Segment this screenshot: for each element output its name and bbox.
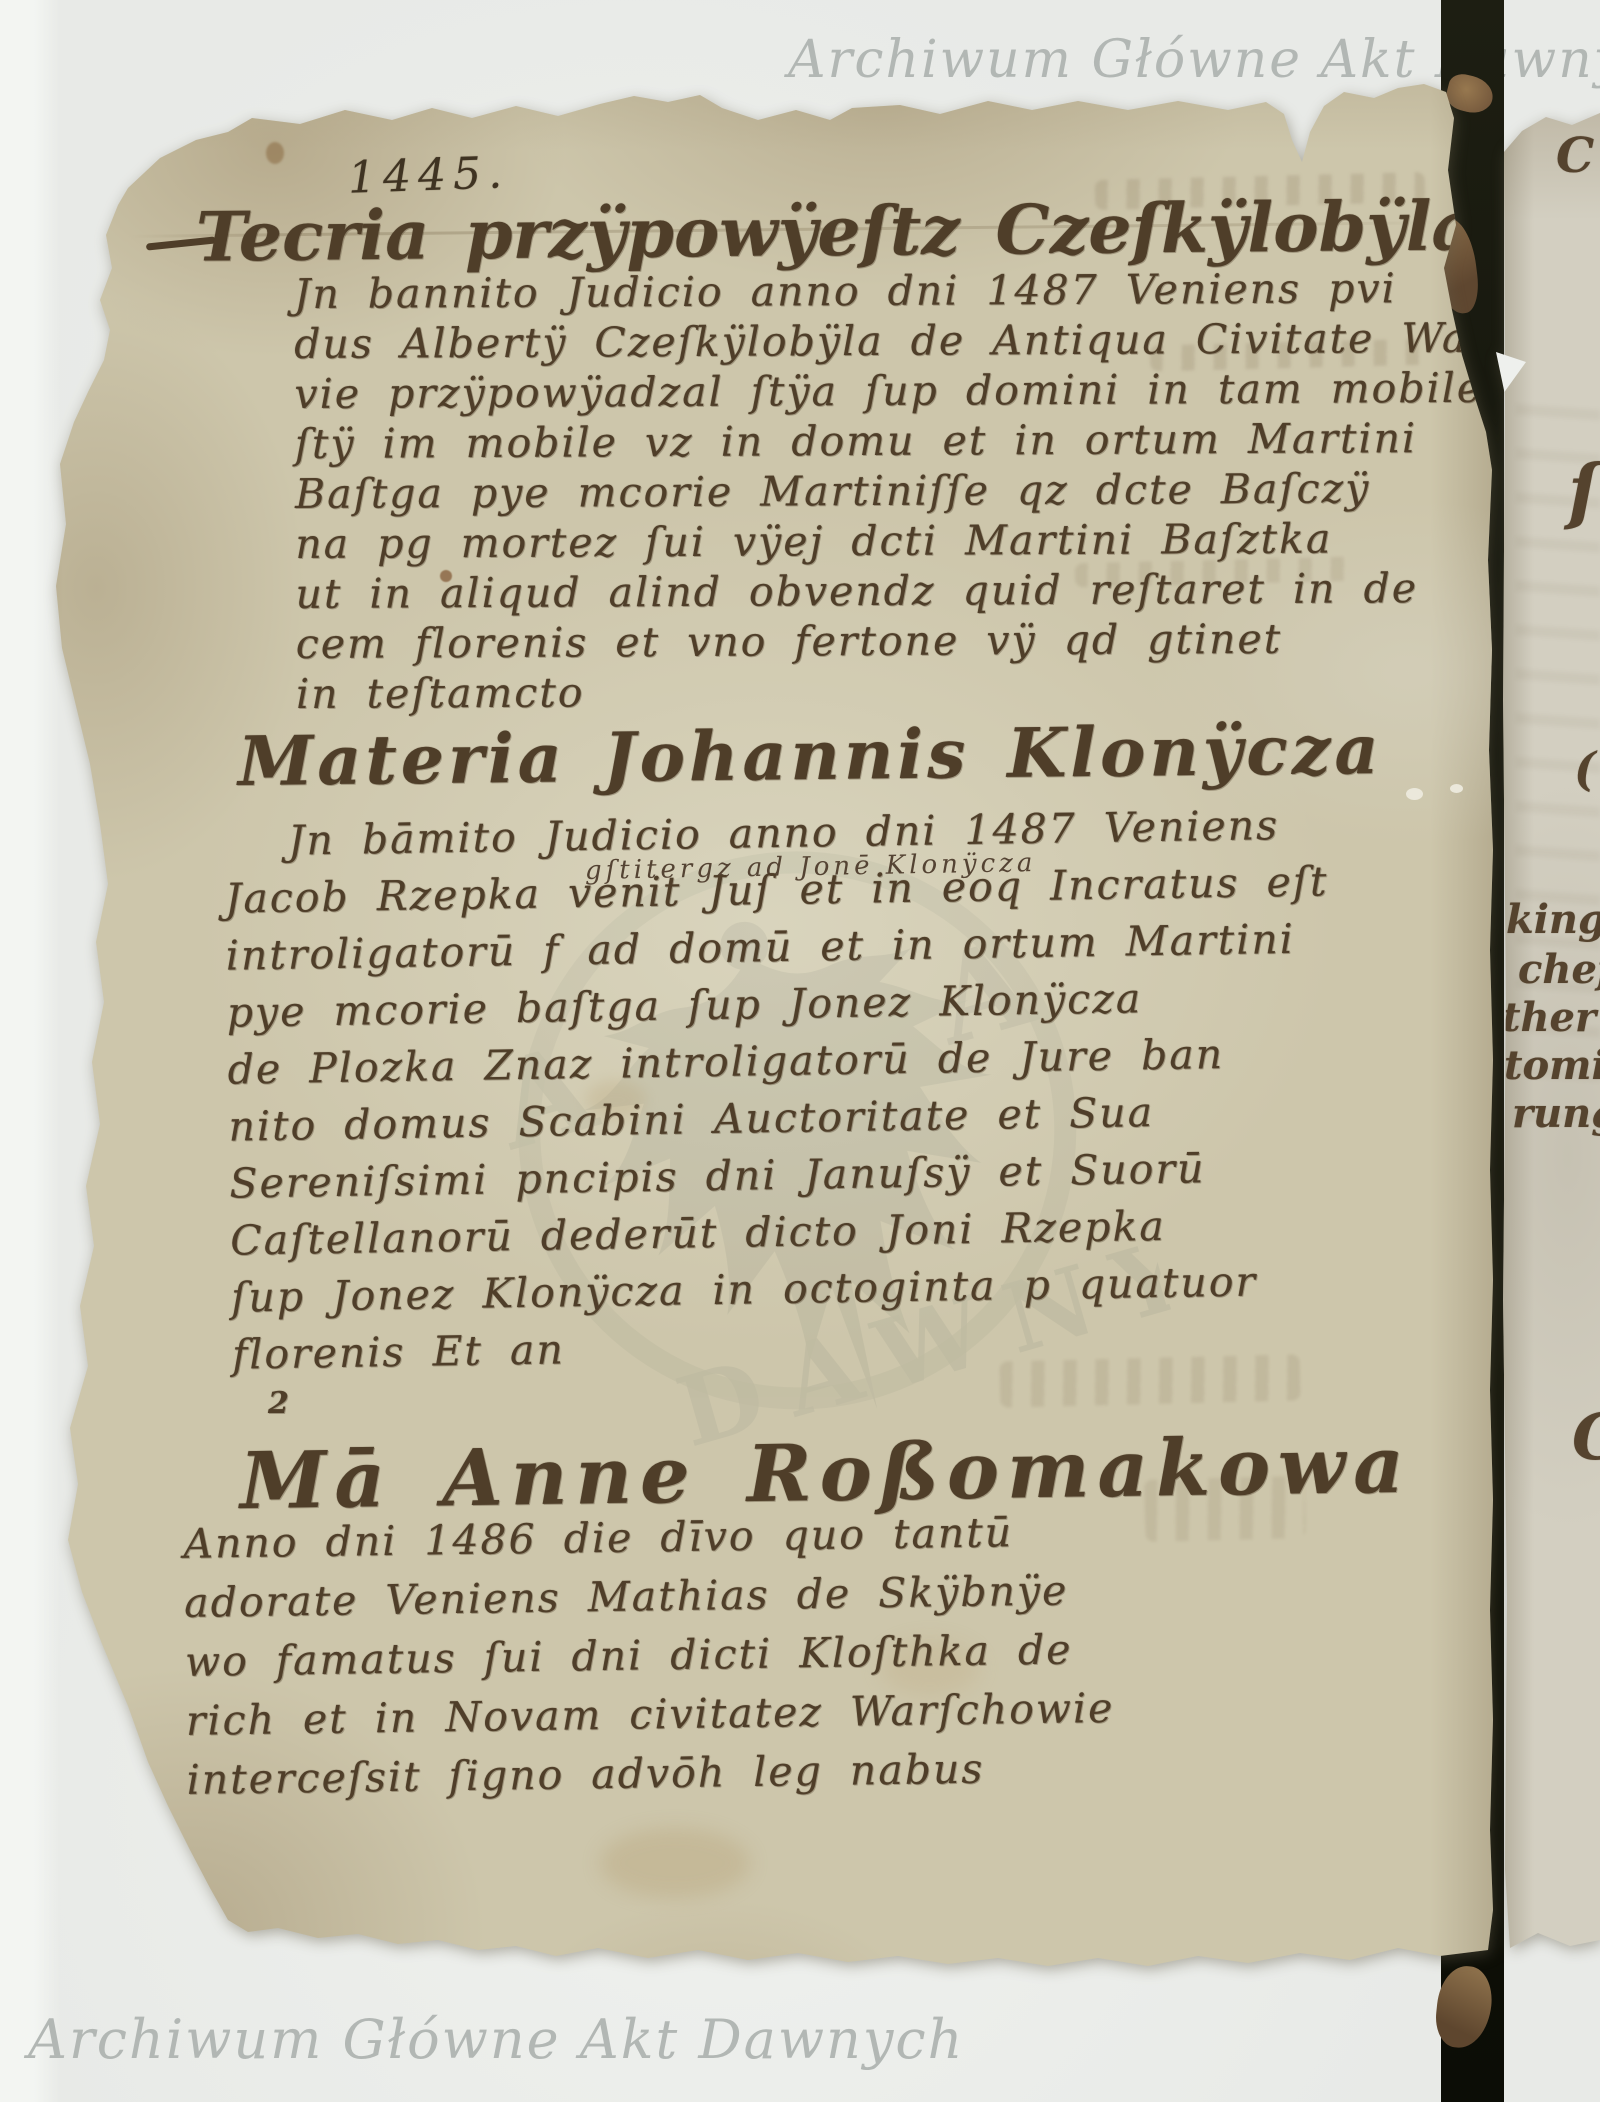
paper-stain: [600, 1828, 750, 1898]
manuscript-line: Jn bannito Judicio anno dni 1487 Veniens…: [294, 263, 1454, 319]
section-2-heading: Materia Johannis Klonÿcza: [238, 710, 1383, 802]
manuscript-page: A A DAWNY 1445. Tecria przÿpo: [0, 0, 1600, 2102]
manuscript-line: Baſtga pye mcorie Martiniſſe qz dcte Baſ…: [295, 463, 1455, 519]
ink-stain: [266, 142, 284, 164]
section-2-text: Jn bāmito Judicio anno dni 1487 Veniens …: [224, 794, 1463, 1383]
manuscript-line: na pg mortez ſui vÿej dcti Martini Baſzt…: [295, 513, 1455, 569]
manuscript-line: vie przÿpowÿadzal ſtÿa ſup domini in tam…: [294, 363, 1454, 419]
paper-hole: [1450, 784, 1463, 793]
cutoff-text-fragment: cheſ: [1518, 946, 1600, 993]
manuscript-line: ſtÿ im mobile vz in domu et in ortum Mar…: [295, 413, 1455, 469]
cutoff-text-fragment: king: [1506, 896, 1600, 943]
cutoff-text-fragment: rung: [1512, 1090, 1600, 1137]
section-1-text: Jn bannito Judicio anno dni 1487 Veniens…: [294, 263, 1456, 719]
manuscript-line: dus Albertÿ Czeſkÿlobÿla de Antiqua Civi…: [294, 313, 1454, 369]
cutoff-text-fragment: ſ: [1568, 448, 1599, 533]
cutoff-text-fragment: ther: [1502, 994, 1596, 1041]
manuscript-line: cem florenis et vno fertone vÿ qd gtinet: [296, 613, 1456, 669]
cutoff-text-fragment: C: [1572, 1400, 1600, 1475]
manuscript-line: ut in aliqud alind obvendz quid reſtaret…: [295, 563, 1455, 619]
pages-layer: A A DAWNY 1445. Tecria przÿpo: [0, 0, 1600, 2102]
heading-superscript: 2: [268, 1386, 289, 1421]
cutoff-text-fragment: (: [1574, 742, 1596, 796]
cutoff-text-fragment: tomi: [1504, 1042, 1600, 1089]
cutoff-text-fragment: C: [1556, 128, 1594, 184]
section-3-text: Anno dni 1486 die dīvo quo tantū adorate…: [183, 1497, 1457, 1810]
